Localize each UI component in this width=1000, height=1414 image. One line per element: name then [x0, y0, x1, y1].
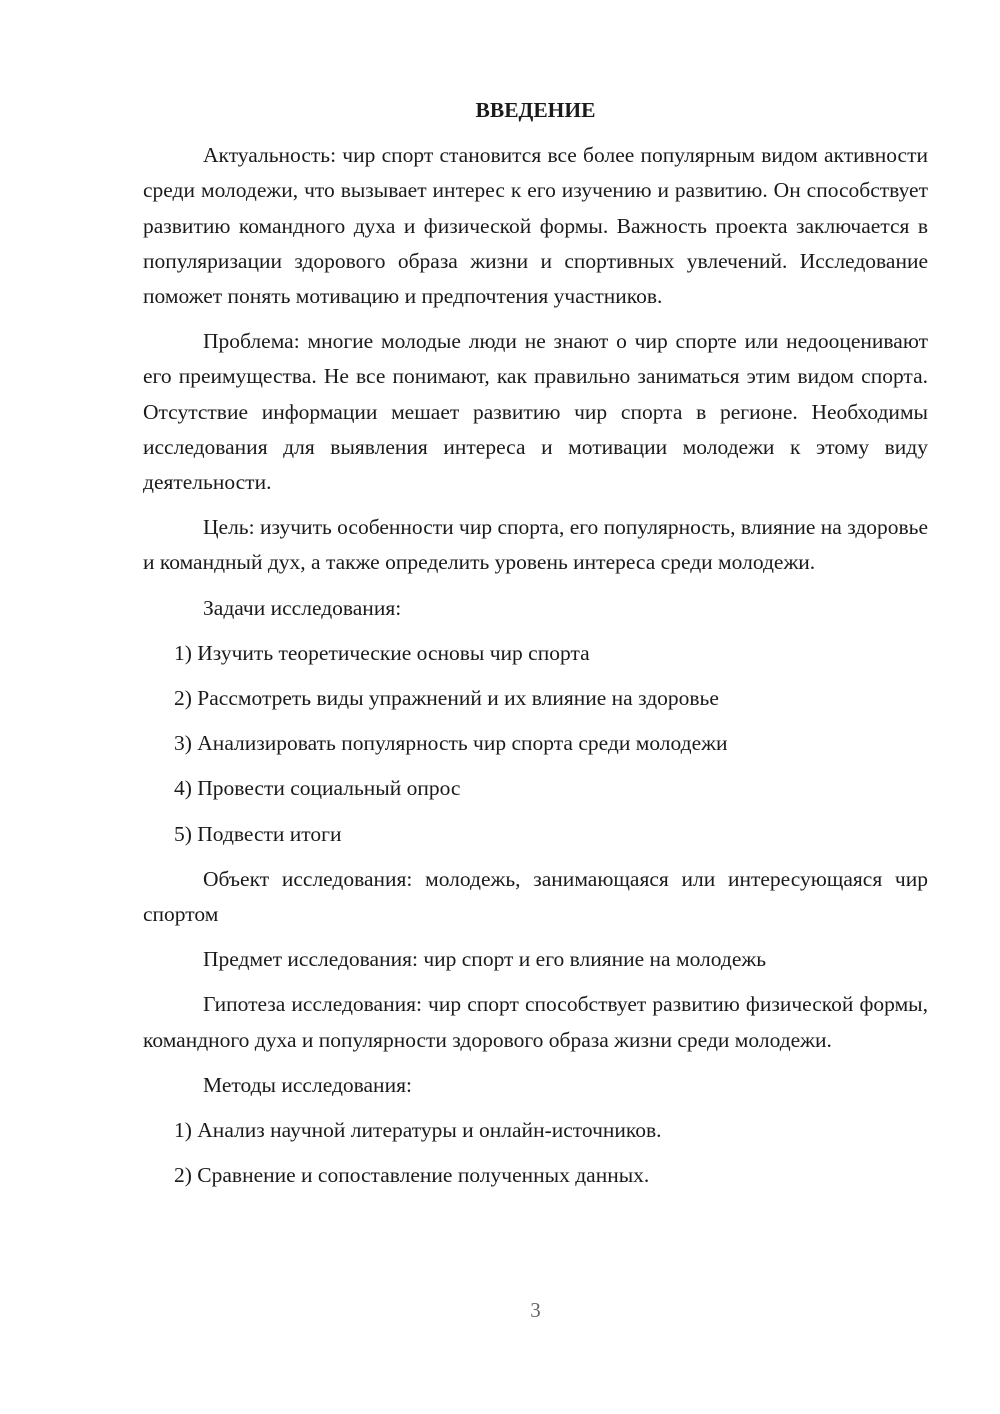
- methods-list: 1) Анализ научной литературы и онлайн-ис…: [143, 1113, 928, 1193]
- relevance-paragraph: Актуальность: чир спорт становится все б…: [143, 138, 928, 314]
- tasks-list: 1) Изучить теоретические основы чир спор…: [143, 636, 928, 852]
- methods-heading: Методы исследования:: [143, 1068, 928, 1103]
- task-item: 1) Изучить теоретические основы чир спор…: [143, 636, 928, 671]
- page-number: 3: [0, 1298, 1000, 1323]
- problem-paragraph: Проблема: многие молодые люди не знают о…: [143, 324, 928, 500]
- subject-paragraph: Предмет исследования: чир спорт и его вл…: [143, 942, 928, 977]
- task-item: 5) Подвести итоги: [143, 817, 928, 852]
- method-item: 1) Анализ научной литературы и онлайн-ис…: [143, 1113, 928, 1148]
- hypothesis-paragraph: Гипотеза исследования: чир спорт способс…: [143, 987, 928, 1057]
- section-title: ВВЕДЕНИЕ: [143, 93, 928, 128]
- task-item: 2) Рассмотреть виды упражнений и их влия…: [143, 681, 928, 716]
- goal-paragraph: Цель: изучить особенности чир спорта, ег…: [143, 510, 928, 580]
- method-item: 2) Сравнение и сопоставление полученных …: [143, 1158, 928, 1193]
- tasks-heading: Задачи исследования:: [143, 591, 928, 626]
- task-item: 4) Провести социальный опрос: [143, 771, 928, 806]
- object-paragraph: Объект исследования: молодежь, занимающа…: [143, 862, 928, 932]
- task-item: 3) Анализировать популярность чир спорта…: [143, 726, 928, 761]
- document-page: ВВЕДЕНИЕ Актуальность: чир спорт станови…: [143, 93, 928, 1203]
